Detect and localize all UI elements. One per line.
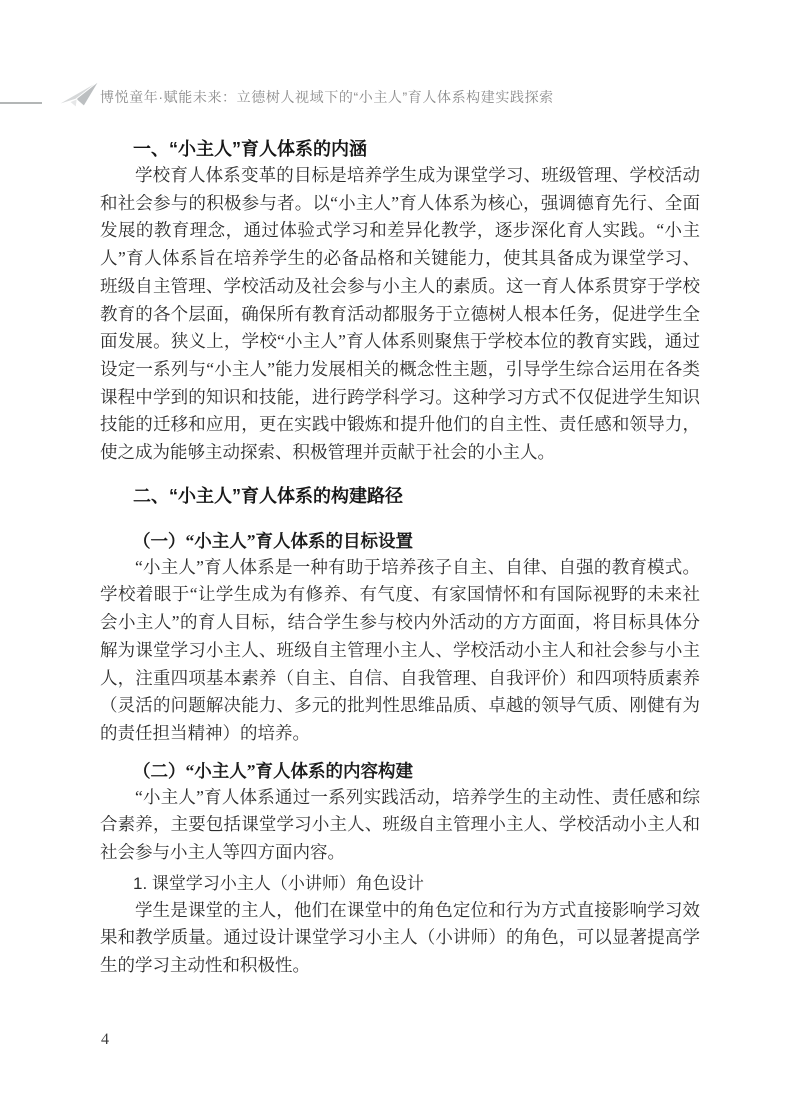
subsection-2-2-paragraph: “小主人”育人体系通过一系列实践活动，培养学生的主动性、责任感和综合素养，主要包…: [100, 784, 700, 867]
header-rule-line: [0, 102, 42, 104]
paper-plane-icon: [56, 80, 100, 108]
page-number: 4: [101, 1031, 109, 1049]
section-2-heading: 二、“小主人”育人体系的构建路径: [100, 483, 700, 509]
item-1-paragraph: 学生是课堂的主人，他们在课堂中的角色定位和行为方式直接影响学习效果和教学质量。通…: [100, 897, 700, 980]
section-1-paragraph: 学校育人体系变革的目标是培养学生成为课堂学习、班级管理、学校活动和社会参与的积极…: [100, 162, 700, 467]
subsection-2-2-heading: （二）“小主人”育人体系的内容构建: [100, 758, 700, 784]
section-1-heading: 一、“小主人”育人体系的内涵: [100, 136, 700, 162]
subsection-2-1-paragraph: “小主人”育人体系是一种有助于培养孩子自主、自律、自强的教育模式。学校着眼于“让…: [100, 554, 700, 748]
subsection-2-1-heading: （一）“小主人”育人体系的目标设置: [100, 528, 700, 554]
item-1-heading: 1. 课堂学习小主人（小讲师）角色设计: [100, 871, 700, 897]
page-content: 一、“小主人”育人体系的内涵 学校育人体系变革的目标是培养学生成为课堂学习、班级…: [100, 0, 700, 980]
book-page: 博悦童年·赋能未来：立德树人视域下的“小主人”育人体系构建实践探索 一、“小主人…: [0, 0, 799, 1118]
